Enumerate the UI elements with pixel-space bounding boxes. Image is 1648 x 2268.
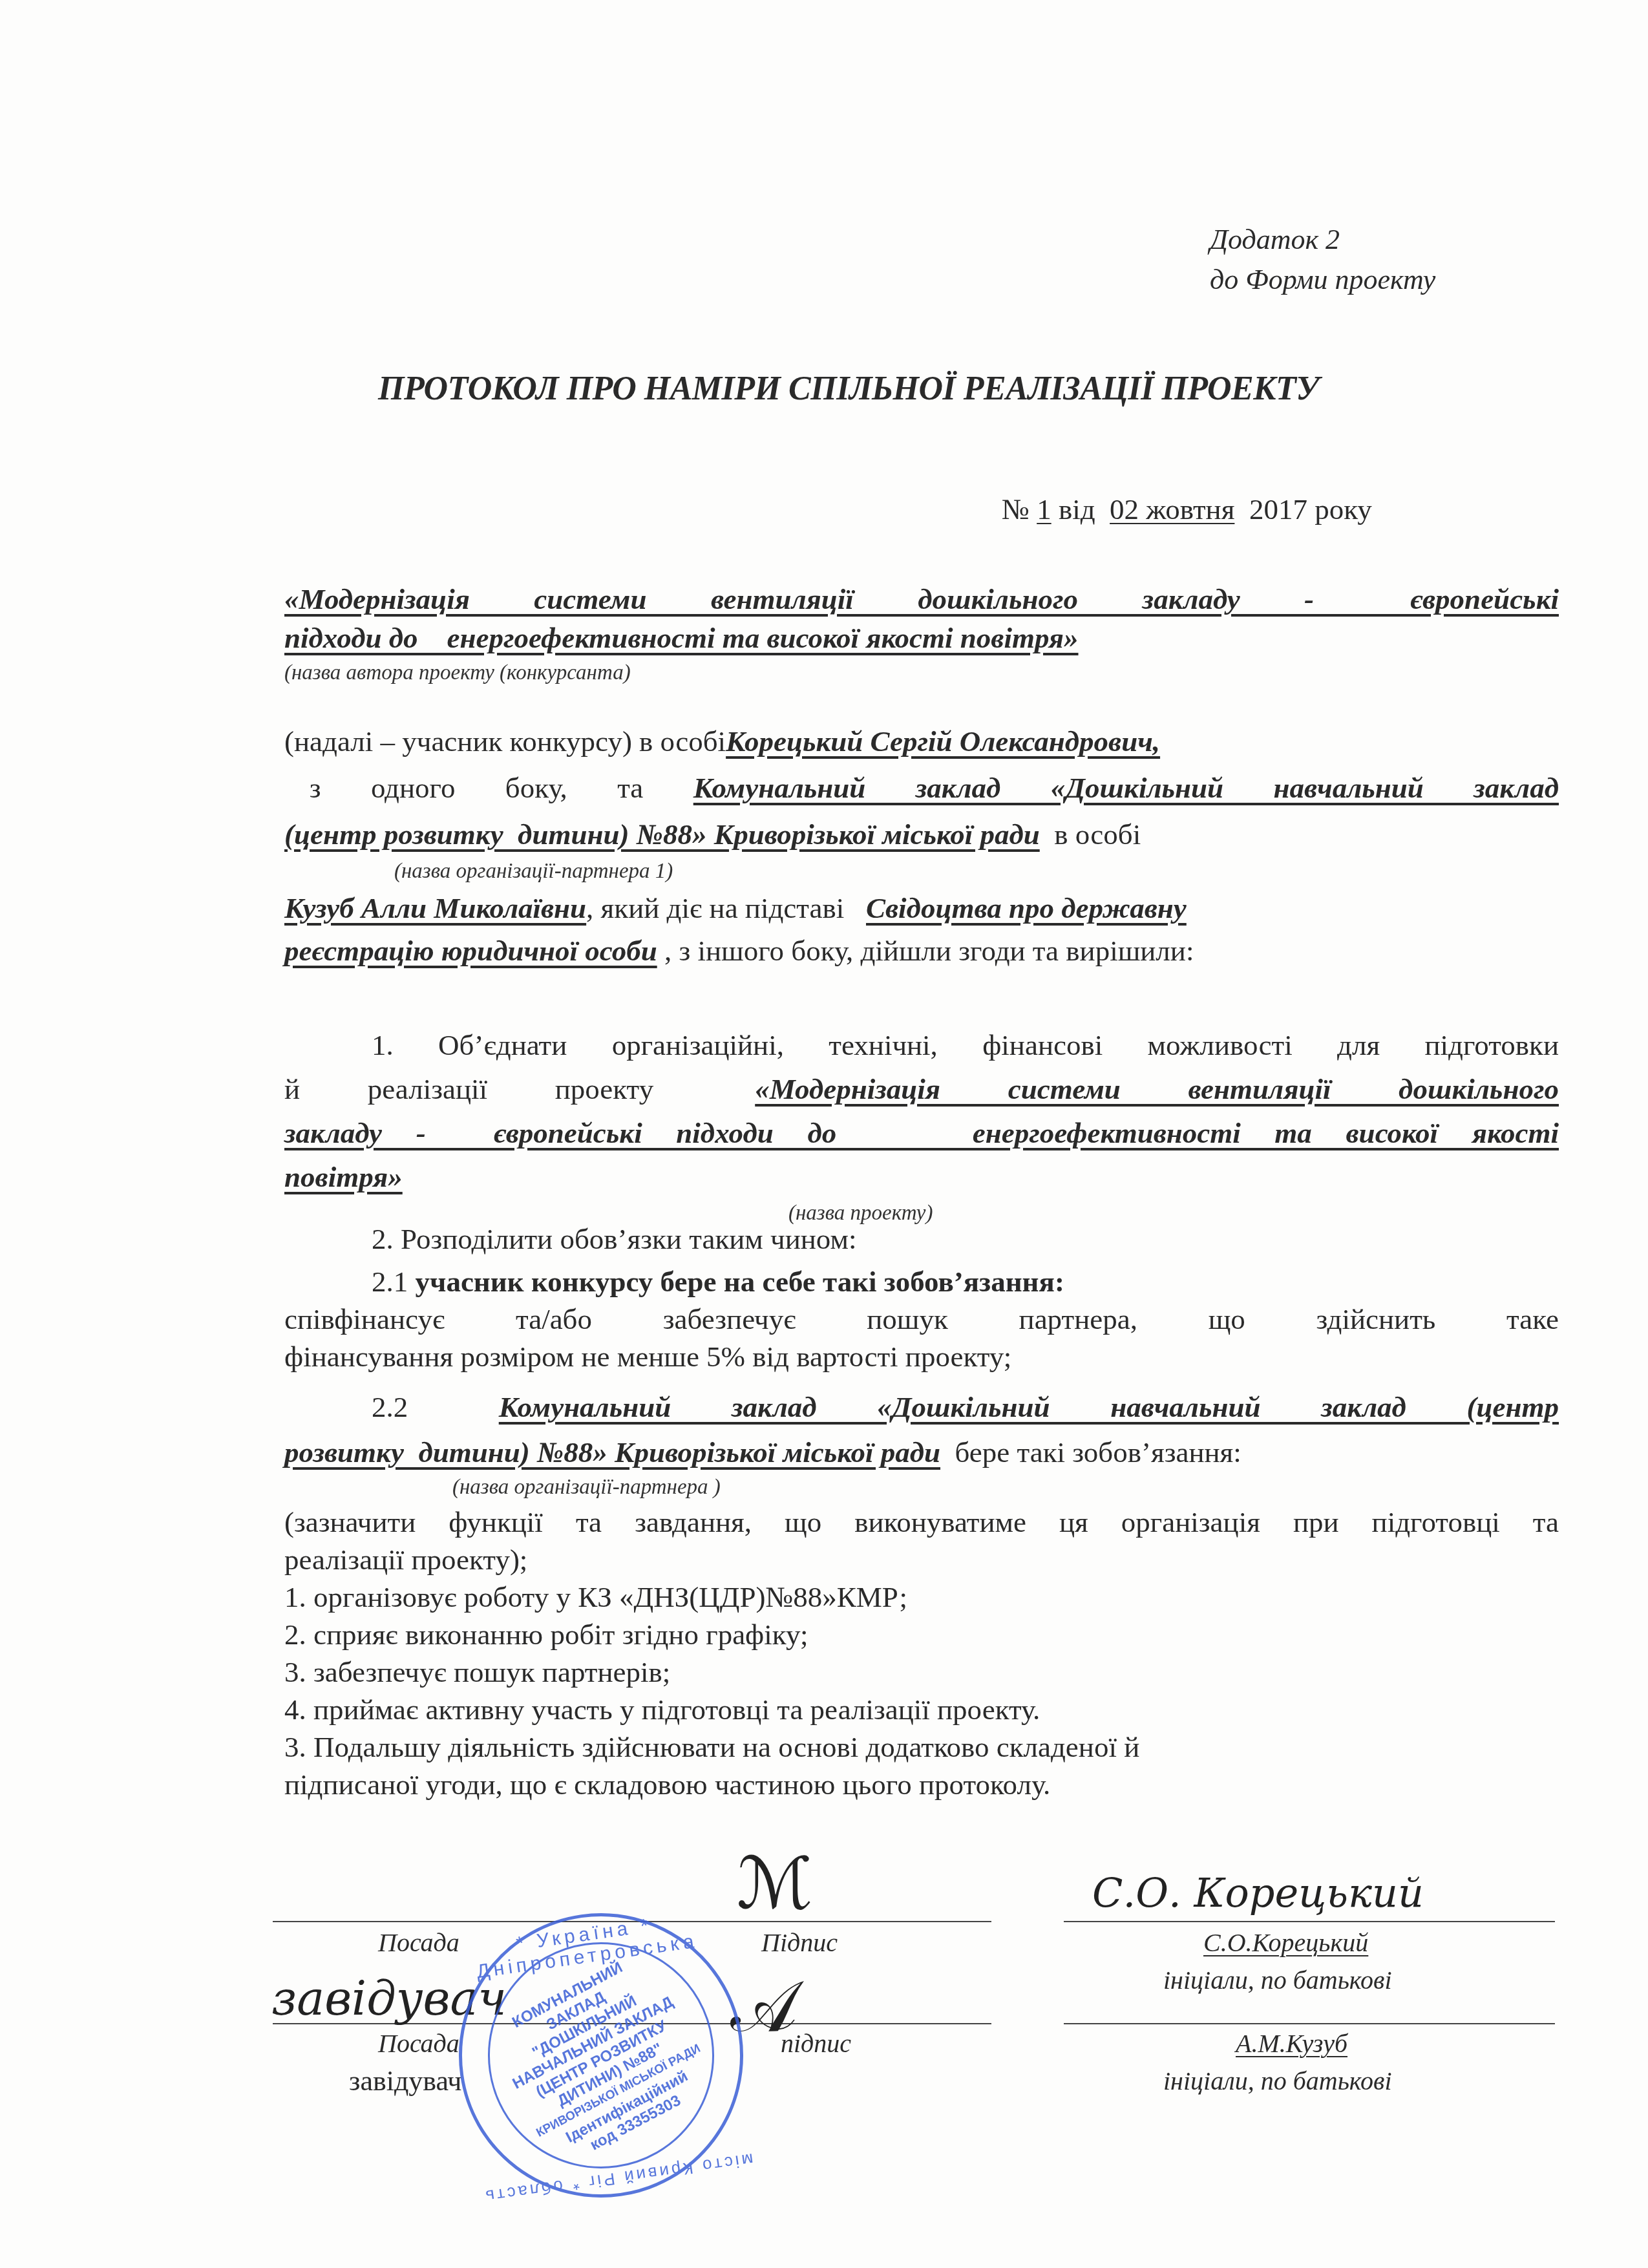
parties-line-4: Кузуб Алли Миколаївни, який діє на підст…: [284, 889, 1559, 927]
basis-suffix: , з іншого боку, дійшли згоди та вирішил…: [664, 935, 1194, 967]
clause-2: 2. Розподілити обов’язки таким чином: 2.…: [284, 1220, 1559, 1375]
appendix-line-2: до Форми проекту: [1210, 260, 1435, 300]
clause-3-line-2: підписаної угоди, що є складовою частино…: [284, 1766, 1559, 1803]
appendix-line-1: Додаток 2: [1210, 220, 1435, 260]
document-title: ПРОТОКОЛ ПРО НАМІРИ СПІЛЬНОЇ РЕАЛІЗАЦІЇ …: [378, 370, 1470, 408]
clause-2-2-line-1: 2.2 Комунальний заклад «Дошкільний навча…: [284, 1388, 1559, 1426]
duty-item: 3. забезпечує пошук партнерів;: [284, 1653, 1559, 1691]
appendix-label: Додаток 2 до Форми проекту: [1210, 220, 1435, 300]
clause-2-2-suffix: бере такі зобов’язання:: [955, 1436, 1241, 1468]
protocol-date: 02 жовтня: [1110, 493, 1234, 525]
name-caption-1: ініціали, по батькові: [1163, 1965, 1392, 1995]
basis-prefix: , який діє на підставі: [586, 892, 844, 924]
clause-1: 1. Об’єднати організаційні, технічні, фі…: [284, 1026, 1559, 1231]
protocol-number-line: № 1 від 02 жовтня 2017 року: [1002, 493, 1372, 526]
clause-2-1-body-line-1: співфінансує та/або забезпечує пошук пар…: [284, 1300, 1559, 1338]
clause-1-prefix: й реалізації проекту: [284, 1073, 653, 1105]
project-name-line-2: підходи до енергоефективності та високої…: [284, 619, 1559, 657]
clause-1-line-1: 1. Об’єднати організаційні, технічні, фі…: [284, 1026, 1559, 1064]
in-person-of: в особі: [1054, 818, 1141, 851]
clause-1-project-line-3: повітря»: [284, 1158, 1559, 1196]
project-caption: (назва автора проекту (конкурсанта): [284, 657, 1559, 689]
clause-2-1-body-line-2: фінансування розміром не менше 5% від ва…: [284, 1338, 1559, 1375]
partner-name-line-2: (центр розвитку дитини) №88» Криворізько…: [284, 818, 1040, 851]
protocol-year: 2017 року: [1249, 493, 1372, 525]
project-name-line-1: «Модернізація системи вентиляції дошкіль…: [284, 580, 1559, 618]
parties-one-side: з одного боку, та: [310, 772, 644, 804]
clause-2-2-caption: (назва організації-партнера ): [284, 1471, 1559, 1503]
signature-scribble-1: ℳ: [737, 1842, 813, 1925]
parties-line-3: (центр розвитку дитини) №88» Криворізько…: [284, 816, 1559, 853]
clause-2-2-partner-line-1: Комунальний заклад «Дошкільний навчальни…: [499, 1391, 1559, 1423]
number-sign: №: [1002, 493, 1030, 525]
head-name: Кузуб Алли Миколаївни: [284, 892, 586, 924]
clause-1-project-line-2: закладу - європейські підходи до енергое…: [284, 1114, 1559, 1152]
basis-line-1: Свідоцтва про державну: [866, 892, 1187, 924]
clause-2-2-partner-line-2: розвитку дитини) №88» Криворізької міськ…: [284, 1436, 940, 1468]
project-block: «Модернізація системи вентиляції дошкіль…: [284, 580, 1559, 689]
clause-2-2-note-line-1: (зазначити функції та завдання, що викон…: [284, 1503, 1559, 1541]
signature-label-1: Підпис: [761, 1927, 838, 1958]
basis-line-2: реєстрацію юридичної особи: [284, 935, 657, 967]
clause-2-1-number: 2.1: [372, 1266, 408, 1298]
clause-3-line-1: 3. Подальшу діяльність здійснювати на ос…: [284, 1728, 1559, 1766]
signature-line-name-2: [1064, 2023, 1555, 2024]
parties-line-1: (надалі – учасник конкурсу) в особіКорец…: [284, 723, 1559, 760]
clause-1-line-2: й реалізації проекту «Модернізація систе…: [284, 1070, 1559, 1108]
clause-1-project-line-1: «Модернізація системи вентиляції дошкіль…: [755, 1073, 1559, 1105]
typed-name-1: С.О.Корецький: [1203, 1927, 1368, 1958]
clause-2-2: 2.2 Комунальний заклад «Дошкільний навча…: [284, 1388, 1559, 1803]
official-stamp: * Україна * Дніпропетровська місто Криви…: [441, 1895, 762, 2216]
from-word: від: [1059, 493, 1095, 525]
typed-name-2: А.М.Кузуб: [1236, 2028, 1347, 2059]
parties-line-2: з одного боку, та Комунальний заклад «До…: [284, 769, 1559, 807]
parties-prefix: (надалі – учасник конкурсу) в особі: [284, 725, 726, 758]
duty-list: 1. організовує роботу у КЗ «ДНЗ(ЦДР)№88»…: [284, 1578, 1559, 1728]
parties-block: (надалі – учасник конкурсу) в особіКорец…: [284, 723, 1559, 970]
clause-2-1-text: учасник конкурсу бере на себе такі зобов…: [416, 1266, 1064, 1298]
clause-2-2-line-2: розвитку дитини) №88» Криворізької міськ…: [284, 1434, 1559, 1471]
duty-item: 1. організовує роботу у КЗ «ДНЗ(ЦДР)№88»…: [284, 1578, 1559, 1616]
name-caption-2: ініціали, по батькові: [1163, 2066, 1392, 2096]
parties-line-5: реєстрацію юридичної особи , з іншого бо…: [284, 932, 1559, 970]
clause-2-2-note-line-2: реалізації проекту);: [284, 1541, 1559, 1578]
position-value-2: завідувач: [349, 2064, 461, 2097]
signature-line-name-1: [1064, 1921, 1555, 1922]
duty-item: 4. приймає активну участь у підготовці т…: [284, 1691, 1559, 1728]
protocol-number: 1: [1037, 493, 1051, 525]
participant-name: Корецький Сергій Олександрович,: [726, 725, 1160, 758]
duty-item: 2. сприяє виконанню робіт згідно графіку…: [284, 1616, 1559, 1653]
clause-2-2-number: 2.2: [372, 1391, 408, 1423]
clause-2-heading: 2. Розподілити обов’язки таким чином:: [284, 1220, 1559, 1258]
partner-name-line-1: Комунальний заклад «Дошкільний навчальни…: [693, 772, 1559, 804]
handwritten-signature-korets: С.О. Корецький: [1092, 1869, 1424, 1916]
partner-caption: (назва організації-партнера 1): [284, 853, 1559, 889]
signature-label-2: підпис: [781, 2028, 851, 2059]
position-label-2: Посада: [378, 2028, 460, 2059]
clause-2-1: 2.1 учасник конкурсу бере на себе такі з…: [284, 1263, 1559, 1300]
